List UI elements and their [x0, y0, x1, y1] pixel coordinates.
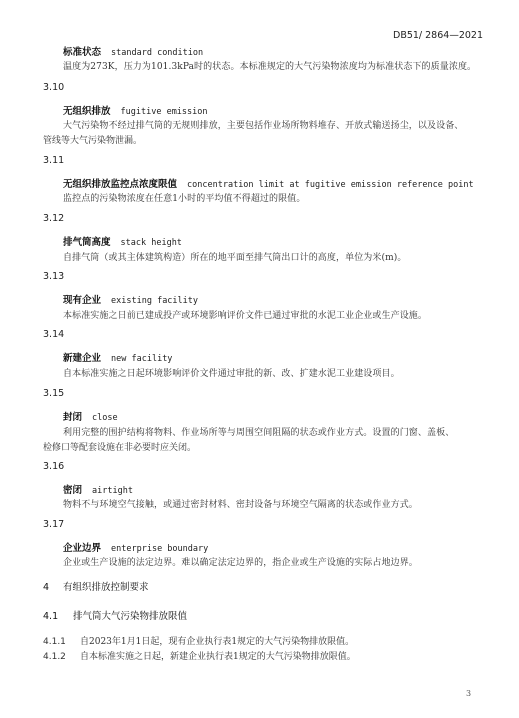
subsection-title: 排气筒大气污染物排放限值 — [73, 611, 187, 622]
term-zh: 标准状态 — [63, 47, 101, 58]
term-en: standard condition — [111, 48, 203, 58]
section-number: 4 — [43, 582, 63, 593]
clause-number: 3.15 — [43, 388, 64, 399]
term-heading: 封闭close — [63, 409, 118, 423]
term-definition: 物料不与环境空气接触，或通过密封材料、密封设备与环境空气隔离的状态或作业方式。 — [63, 497, 418, 510]
term-heading: 标准状态standard condition — [63, 44, 203, 58]
term-zh: 企业边界 — [63, 543, 101, 554]
clause-number: 3.10 — [43, 82, 64, 93]
term-zh: 无组织排放监控点浓度限值 — [63, 179, 177, 190]
term-heading: 无组织排放监控点浓度限值concentration limit at fugit… — [63, 176, 474, 190]
term-definition: 自本标准实施之日起环境影响评价文件通过审批的新、改、扩建水泥工业建设项目。 — [63, 366, 400, 379]
subsection-heading: 4.1排气筒大气污染物排放限值 — [43, 608, 187, 622]
term-heading: 密闭airtight — [63, 482, 133, 496]
term-en: stack height — [121, 238, 182, 248]
term-definition-cont: 检修口等配套设施在非必要时应关闭。 — [43, 440, 196, 453]
clause-text: 自本标准实施之日起，新建企业执行表1规定的大气污染物排放限值。 — [80, 652, 356, 662]
term-definition: 温度为273K，压力为101.3kPa时的状态。本标准规定的大气污染物浓度均为标… — [63, 59, 476, 72]
clause-number: 4.1.1 — [43, 637, 80, 647]
clause: 4.1.1自2023年1月1日起，现有企业执行表1规定的大气污染物排放限值。 — [43, 634, 354, 647]
term-en: concentration limit at fugitive emission… — [187, 180, 474, 190]
clause-number: 3.12 — [43, 213, 64, 224]
term-zh: 现有企业 — [63, 295, 101, 306]
term-en: enterprise boundary — [111, 544, 208, 554]
term-zh: 无组织排放 — [63, 106, 111, 117]
section-title: 有组织排放控制要求 — [63, 582, 149, 593]
term-definition-cont: 管线等大气污染物泄漏。 — [43, 133, 142, 146]
term-en: existing facility — [111, 296, 198, 306]
term-zh: 新建企业 — [63, 353, 101, 364]
term-heading: 企业边界enterprise boundary — [63, 540, 208, 554]
term-zh: 密闭 — [63, 485, 82, 496]
term-heading: 无组织排放fugitive emission — [63, 103, 208, 117]
section-heading: 4有组织排放控制要求 — [43, 579, 149, 593]
term-zh: 排气筒高度 — [63, 237, 111, 248]
term-definition: 自排气筒（或其主体建筑构造）所在的地平面至排气筒出口计的高度，单位为米(m)。 — [63, 250, 406, 263]
clause-number: 3.16 — [43, 461, 64, 472]
clause-number: 4.1.2 — [43, 652, 80, 662]
term-en: fugitive emission — [121, 107, 208, 117]
term-zh: 封闭 — [63, 412, 82, 423]
clause: 4.1.2自本标准实施之日起，新建企业执行表1规定的大气污染物排放限值。 — [43, 649, 356, 662]
clause-number: 3.13 — [43, 271, 64, 282]
clause-number: 3.11 — [43, 155, 64, 166]
document-id: DB51/ 2864—2021 — [393, 30, 483, 41]
term-en: close — [92, 413, 118, 423]
clause-number: 3.17 — [43, 519, 64, 530]
term-definition: 监控点的污染物浓度在任意1小时的平均值不得超过的限值。 — [63, 191, 305, 204]
term-en: new facility — [111, 354, 172, 364]
term-definition: 企业或生产设施的法定边界。难以确定法定边界的，指企业或生产设施的实际占地边界。 — [63, 555, 418, 568]
term-heading: 新建企业new facility — [63, 350, 172, 364]
clause-text: 自2023年1月1日起，现有企业执行表1规定的大气污染物排放限值。 — [80, 637, 354, 647]
term-definition: 本标准实施之日前已建成投产或环境影响评价文件已通过审批的水泥工业企业或生产设施。 — [63, 308, 427, 321]
term-en: airtight — [92, 486, 133, 496]
term-heading: 现有企业existing facility — [63, 292, 198, 306]
term-definition: 大气污染物不经过排气筒的无规则排放，主要包括作业场所物料堆存、开放式输送扬尘，以… — [63, 118, 463, 131]
term-definition: 利用完整的围护结构将物料、作业场所等与周围空间阻隔的状态或作业方式。设置的门窗、… — [63, 425, 454, 438]
clause-number: 3.14 — [43, 329, 64, 340]
page-number: 3 — [466, 689, 471, 698]
term-heading: 排气筒高度stack height — [63, 234, 182, 248]
subsection-number: 4.1 — [43, 611, 73, 622]
